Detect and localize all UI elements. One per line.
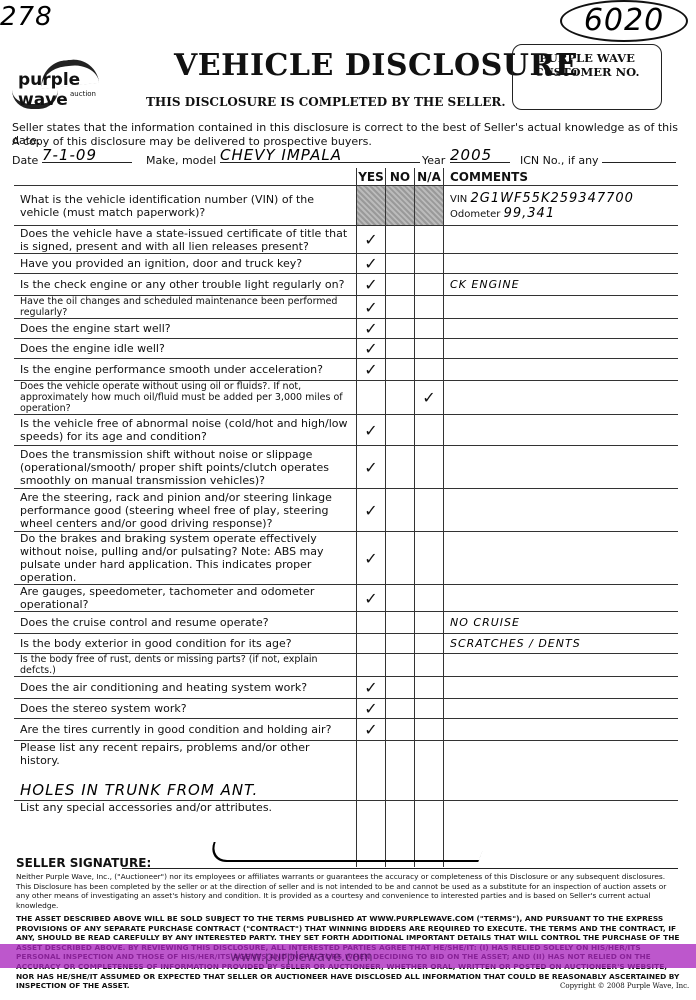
vin-row: What is the vehicle identification numbe… xyxy=(14,186,678,226)
question-row: Does the engine idle well?✓ xyxy=(14,339,678,359)
question-text: Does the cruise control and resume opera… xyxy=(14,612,357,634)
date-label: Date xyxy=(12,154,38,167)
answer-yes-cell[interactable]: ✓ xyxy=(357,415,386,446)
header-comments: COMMENTS xyxy=(444,168,679,186)
check-mark-icon: ✓ xyxy=(364,254,377,273)
question-text: Does the vehicle operate without using o… xyxy=(14,381,357,415)
answer-na-cell[interactable] xyxy=(415,254,444,274)
question-row: Is the check engine or any other trouble… xyxy=(14,274,678,296)
answer-na-cell[interactable] xyxy=(415,654,444,677)
answer-yes-cell[interactable]: ✓ xyxy=(357,489,386,532)
year-field[interactable]: 2005 xyxy=(450,146,510,163)
answer-yes-cell[interactable]: ✓ xyxy=(357,585,386,612)
check-mark-icon: ✓ xyxy=(364,589,377,608)
corner-annotation: 278 xyxy=(0,2,53,32)
disclaimer-text: Neither Purple Wave, Inc., ("Auctioneer"… xyxy=(16,872,682,910)
odometer-label: Odometer xyxy=(450,209,500,220)
answer-no-cell[interactable] xyxy=(386,634,415,654)
answer-no-cell[interactable] xyxy=(386,226,415,254)
answer-yes-cell[interactable]: ✓ xyxy=(357,254,386,274)
answer-na-cell[interactable] xyxy=(415,585,444,612)
question-row: Does the engine start well?✓ xyxy=(14,319,678,339)
answer-na-cell[interactable] xyxy=(415,339,444,359)
question-text: Is the body free of rust, dents or missi… xyxy=(14,654,357,677)
check-mark-icon: ✓ xyxy=(364,549,377,568)
question-row: Have you provided an ignition, door and … xyxy=(14,254,678,274)
comment-field[interactable] xyxy=(444,532,679,585)
question-text: Does the vehicle have a state-issued cer… xyxy=(14,226,357,254)
answer-no-cell[interactable] xyxy=(386,532,415,585)
comment-field[interactable] xyxy=(444,339,679,359)
icn-field[interactable] xyxy=(602,146,676,163)
answer-na-cell[interactable] xyxy=(415,415,444,446)
answer-na-cell[interactable] xyxy=(415,446,444,489)
question-row: Does the vehicle operate without using o… xyxy=(14,381,678,415)
question-text: Does the stereo system work? xyxy=(14,699,357,719)
comment-field[interactable] xyxy=(444,319,679,339)
check-mark-icon: ✓ xyxy=(364,339,377,358)
comment-field[interactable]: SCRATCHES / DENTS xyxy=(444,634,679,654)
answer-yes-cell[interactable]: ✓ xyxy=(357,699,386,719)
check-mark-icon: ✓ xyxy=(364,699,377,718)
header-no: NO xyxy=(386,168,415,186)
question-text: Is the check engine or any other trouble… xyxy=(14,274,357,296)
question-text: Does the engine start well? xyxy=(14,319,357,339)
answer-na-cell[interactable] xyxy=(415,489,444,532)
answer-yes-cell[interactable]: ✓ xyxy=(357,532,386,585)
check-mark-icon: ✓ xyxy=(364,458,377,477)
answer-yes-cell[interactable]: ✓ xyxy=(357,296,386,319)
answer-no-cell[interactable] xyxy=(386,677,415,699)
answer-na-cell[interactable] xyxy=(415,532,444,585)
question-row: Is the body free of rust, dents or missi… xyxy=(14,654,678,677)
customer-box-line2: CUSTOMER NO. xyxy=(513,65,661,79)
answer-no-cell[interactable] xyxy=(386,489,415,532)
question-row: Do the brakes and braking system operate… xyxy=(14,532,678,585)
answer-no-cell[interactable] xyxy=(386,339,415,359)
question-row: Is the body exterior in good condition f… xyxy=(14,634,678,654)
comment-field[interactable]: NO CRUISE xyxy=(444,612,679,634)
question-row: Does the stereo system work?✓ xyxy=(14,699,678,719)
comment-field[interactable] xyxy=(444,254,679,274)
question-row: Have the oil changes and scheduled maint… xyxy=(14,296,678,319)
comment-field[interactable]: CK ENGINE xyxy=(444,274,679,296)
question-row: Does the transmission shift without nois… xyxy=(14,446,678,489)
repairs-row: Please list any recent repairs, problems… xyxy=(14,741,678,801)
comment-field[interactable] xyxy=(444,699,679,719)
answer-no-cell[interactable] xyxy=(386,699,415,719)
answer-no-cell[interactable] xyxy=(386,274,415,296)
answer-no-cell[interactable] xyxy=(386,296,415,319)
comment-field[interactable] xyxy=(444,446,679,489)
question-row: Are gauges, speedometer, tachometer and … xyxy=(14,585,678,612)
header-yes: YES xyxy=(357,168,386,186)
comment-field[interactable] xyxy=(444,719,679,741)
answer-yes-cell[interactable]: ✓ xyxy=(357,677,386,699)
repairs-label: Please list any recent repairs, problems… xyxy=(20,741,350,767)
answer-no-cell[interactable] xyxy=(386,719,415,741)
comment-field[interactable] xyxy=(444,381,679,415)
check-mark-icon: ✓ xyxy=(364,421,377,440)
answer-yes-cell[interactable]: ✓ xyxy=(357,339,386,359)
vin-label: VIN xyxy=(450,194,467,205)
answer-na-cell[interactable] xyxy=(415,699,444,719)
purple-wave-logo: purple wave auction xyxy=(12,60,104,100)
answer-no-cell[interactable] xyxy=(386,585,415,612)
page-subtitle: THIS DISCLOSURE IS COMPLETED BY THE SELL… xyxy=(146,95,506,109)
check-mark-icon: ✓ xyxy=(422,388,435,407)
check-mark-icon: ✓ xyxy=(364,230,377,249)
answer-na-cell[interactable]: ✓ xyxy=(415,381,444,415)
comment-field[interactable] xyxy=(444,226,679,254)
make-label: Make, model xyxy=(146,154,216,167)
question-text: Does the transmission shift without nois… xyxy=(14,446,357,489)
question-row: Are the steering, rack and pinion and/or… xyxy=(14,489,678,532)
question-row: Does the air conditioning and heating sy… xyxy=(14,677,678,699)
watermark-text: www.purplewave.com xyxy=(230,950,373,965)
question-text: Are the tires currently in good conditio… xyxy=(14,719,357,741)
question-row: Is the vehicle free of abnormal noise (c… xyxy=(14,415,678,446)
question-text: Have you provided an ignition, door and … xyxy=(14,254,357,274)
question-text: Is the vehicle free of abnormal noise (c… xyxy=(14,415,357,446)
answer-no-cell[interactable] xyxy=(386,254,415,274)
check-mark-icon: ✓ xyxy=(364,678,377,697)
make-model-field[interactable]: CHEVY IMPALA xyxy=(220,146,420,163)
check-mark-icon: ✓ xyxy=(364,319,377,338)
question-text: Do the brakes and braking system operate… xyxy=(14,532,357,585)
comment-field[interactable] xyxy=(444,677,679,699)
answer-yes-cell[interactable]: ✓ xyxy=(357,446,386,489)
answer-na-cell[interactable] xyxy=(415,274,444,296)
year-label: Year xyxy=(422,154,445,167)
answer-yes-cell[interactable] xyxy=(357,654,386,677)
check-mark-icon: ✓ xyxy=(364,360,377,379)
answer-no-cell[interactable] xyxy=(386,415,415,446)
answer-yes-cell[interactable] xyxy=(357,612,386,634)
question-row: Does the cruise control and resume opera… xyxy=(14,612,678,634)
answer-na-cell[interactable] xyxy=(415,634,444,654)
comment-field[interactable] xyxy=(444,415,679,446)
answer-no-cell[interactable] xyxy=(386,654,415,677)
answer-no-cell[interactable] xyxy=(386,359,415,381)
customer-number-box[interactable]: PURPLE WAVE CUSTOMER NO. xyxy=(512,44,662,110)
vin-question: What is the vehicle identification numbe… xyxy=(14,186,357,226)
comment-field[interactable] xyxy=(444,359,679,381)
question-row: Is the engine performance smooth under a… xyxy=(14,359,678,381)
header-na: N/A xyxy=(415,168,444,186)
odometer-field[interactable]: 99,341 xyxy=(504,206,556,221)
accessories-label: List any special accessories and/or attr… xyxy=(20,801,350,814)
repairs-field[interactable]: HOLES IN TRUNK FROM ANT. xyxy=(20,781,350,799)
answer-yes-cell[interactable]: ✓ xyxy=(357,719,386,741)
answer-yes-cell[interactable] xyxy=(357,634,386,654)
check-mark-icon: ✓ xyxy=(364,501,377,520)
answer-no-cell[interactable] xyxy=(386,381,415,415)
answer-na-cell[interactable] xyxy=(415,359,444,381)
question-row: Are the tires currently in good conditio… xyxy=(14,719,678,741)
answer-yes-cell[interactable]: ✓ xyxy=(357,274,386,296)
comment-field[interactable] xyxy=(444,585,679,612)
answer-na-cell[interactable] xyxy=(415,677,444,699)
question-text: Does the air conditioning and heating sy… xyxy=(14,677,357,699)
comment-field[interactable] xyxy=(444,489,679,532)
icn-label: ICN No., if any xyxy=(520,154,599,167)
question-text: Have the oil changes and scheduled maint… xyxy=(14,296,357,319)
question-text: Is the engine performance smooth under a… xyxy=(14,359,357,381)
answer-no-cell[interactable] xyxy=(386,446,415,489)
circled-annotation: 6020 xyxy=(560,0,688,42)
vehicle-fields: Date 7-1-09 Make, model CHEVY IMPALA Yea… xyxy=(12,150,692,168)
seller-signature-field[interactable] xyxy=(122,868,678,869)
question-text: Does the engine idle well? xyxy=(14,339,357,359)
check-mark-icon: ✓ xyxy=(364,298,377,317)
answer-na-cell[interactable] xyxy=(415,719,444,741)
question-row: Does the vehicle have a state-issued cer… xyxy=(14,226,678,254)
copyright: Copyright © 2008 Purple Wave, Inc. xyxy=(560,982,689,990)
signature-stroke xyxy=(206,842,485,862)
answer-yes-cell[interactable]: ✓ xyxy=(357,319,386,339)
check-mark-icon: ✓ xyxy=(364,720,377,739)
check-mark-icon: ✓ xyxy=(364,275,377,294)
question-text: Is the body exterior in good condition f… xyxy=(14,634,357,654)
answer-no-cell[interactable] xyxy=(386,612,415,634)
logo-sub: auction xyxy=(70,90,96,98)
date-field[interactable]: 7-1-09 xyxy=(42,146,132,163)
answer-na-cell[interactable] xyxy=(415,319,444,339)
answer-na-cell[interactable] xyxy=(415,226,444,254)
answer-yes-cell[interactable]: ✓ xyxy=(357,226,386,254)
question-text: Are gauges, speedometer, tachometer and … xyxy=(14,585,357,612)
answer-na-cell[interactable] xyxy=(415,296,444,319)
answer-yes-cell[interactable] xyxy=(357,381,386,415)
vin-field[interactable]: 2G1WF55K259347700 xyxy=(470,191,633,206)
answer-na-cell[interactable] xyxy=(415,612,444,634)
comment-field[interactable] xyxy=(444,654,679,677)
customer-box-line1: PURPLE WAVE xyxy=(513,51,661,65)
comment-field[interactable] xyxy=(444,296,679,319)
disclosure-table: YES NO N/A COMMENTS What is the vehicle … xyxy=(14,168,678,867)
answer-no-cell[interactable] xyxy=(386,319,415,339)
question-text: Are the steering, rack and pinion and/or… xyxy=(14,489,357,532)
answer-yes-cell[interactable]: ✓ xyxy=(357,359,386,381)
